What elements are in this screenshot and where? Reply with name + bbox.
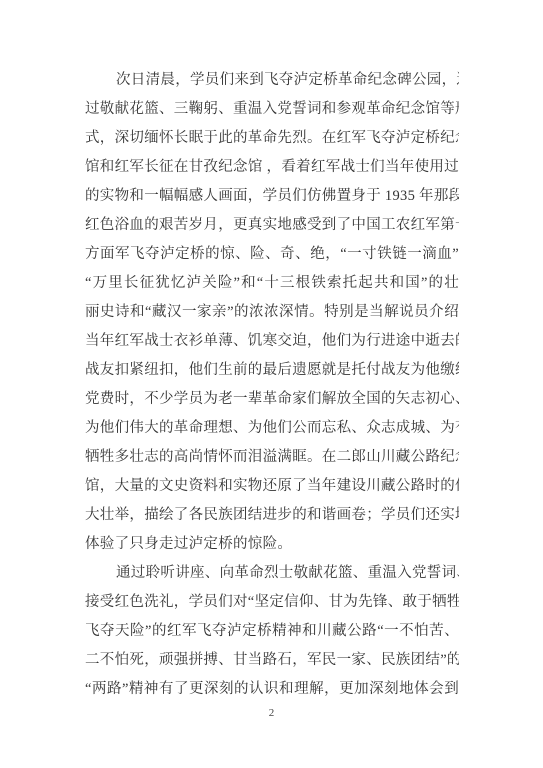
text-line: 当年红军战士衣衫单薄、饥寒交迫，他们为行进途中逝去的 xyxy=(85,327,459,356)
text-line: 战友扣紧纽扣，他们生前的最后遗愿就是托付战友为他缴纳 xyxy=(85,356,459,385)
text-line: “两路”精神有了更深刻的认识和理解，更加深刻地体会到 xyxy=(85,675,459,704)
text-line: 式，深切缅怀长眠于此的革命先烈。在红军飞夺泸定桥纪念 xyxy=(85,124,459,153)
page-number: 2 xyxy=(0,706,543,720)
text-line: 方面军飞夺泸定桥的惊、险、奇、绝，“一寸铁链一滴血” xyxy=(85,240,459,269)
text-line: 的实物和一幅幅感人画面，学员们仿佛置身于 1935 年那段 xyxy=(85,182,459,211)
text-line: 馆和红军长征在甘孜纪念馆 ，看着红军战士们当年使用过 xyxy=(85,153,459,182)
text-line: 丽史诗和“藏汉一家亲”的浓浓深情。特别是当解说员介绍 xyxy=(85,298,459,327)
text-line: 接受红色洗礼，学员们对“坚定信仰、甘为先锋、敢于牺牲、 xyxy=(85,588,459,617)
document-page: 次日清晨，学员们来到飞夺泸定桥革命纪念碑公园，通过敬献花篮、三鞠躬、重温入党誓词… xyxy=(0,0,543,768)
text-line: 体验了只身走过泸定桥的惊险。 xyxy=(85,530,459,559)
text-line: 过敬献花篮、三鞠躬、重温入党誓词和参观革命纪念馆等形 xyxy=(85,95,459,124)
text-line: 馆，大量的文史资料和实物还原了当年建设川藏公路时的伟 xyxy=(85,472,459,501)
document-text-block: 次日清晨，学员们来到飞夺泸定桥革命纪念碑公园，通过敬献花篮、三鞠躬、重温入党誓词… xyxy=(85,66,459,704)
text-line: 通过聆听讲座、向革命烈士敬献花篮、重温入党誓词、 xyxy=(85,559,459,588)
text-line: 大壮举，描绘了各民族团结进步的和谐画卷；学员们还实地 xyxy=(85,501,459,530)
text-line: 飞夺天险”的红军飞夺泸定桥精神和川藏公路“一不怕苦、 xyxy=(85,617,459,646)
text-line: 为他们伟大的革命理想、为他们公而忘私、众志成城、为有 xyxy=(85,414,459,443)
text-line: “万里长征犹忆泸关险”和“十三根铁索托起共和国”的壮 xyxy=(85,269,459,298)
text-line: 党费时，不少学员为老一辈革命家们解放全国的矢志初心、 xyxy=(85,385,459,414)
text-line: 牺牲多壮志的高尚情怀而泪溢满眶。在二郎山川藏公路纪念 xyxy=(85,443,459,472)
text-line: 次日清晨，学员们来到飞夺泸定桥革命纪念碑公园，通 xyxy=(85,66,459,95)
text-line: 红色浴血的艰苦岁月，更真实地感受到了中国工农红军第一 xyxy=(85,211,459,240)
text-line: 二不怕死，顽强拼搏、甘当路石，军民一家、民族团结”的 xyxy=(85,646,459,675)
